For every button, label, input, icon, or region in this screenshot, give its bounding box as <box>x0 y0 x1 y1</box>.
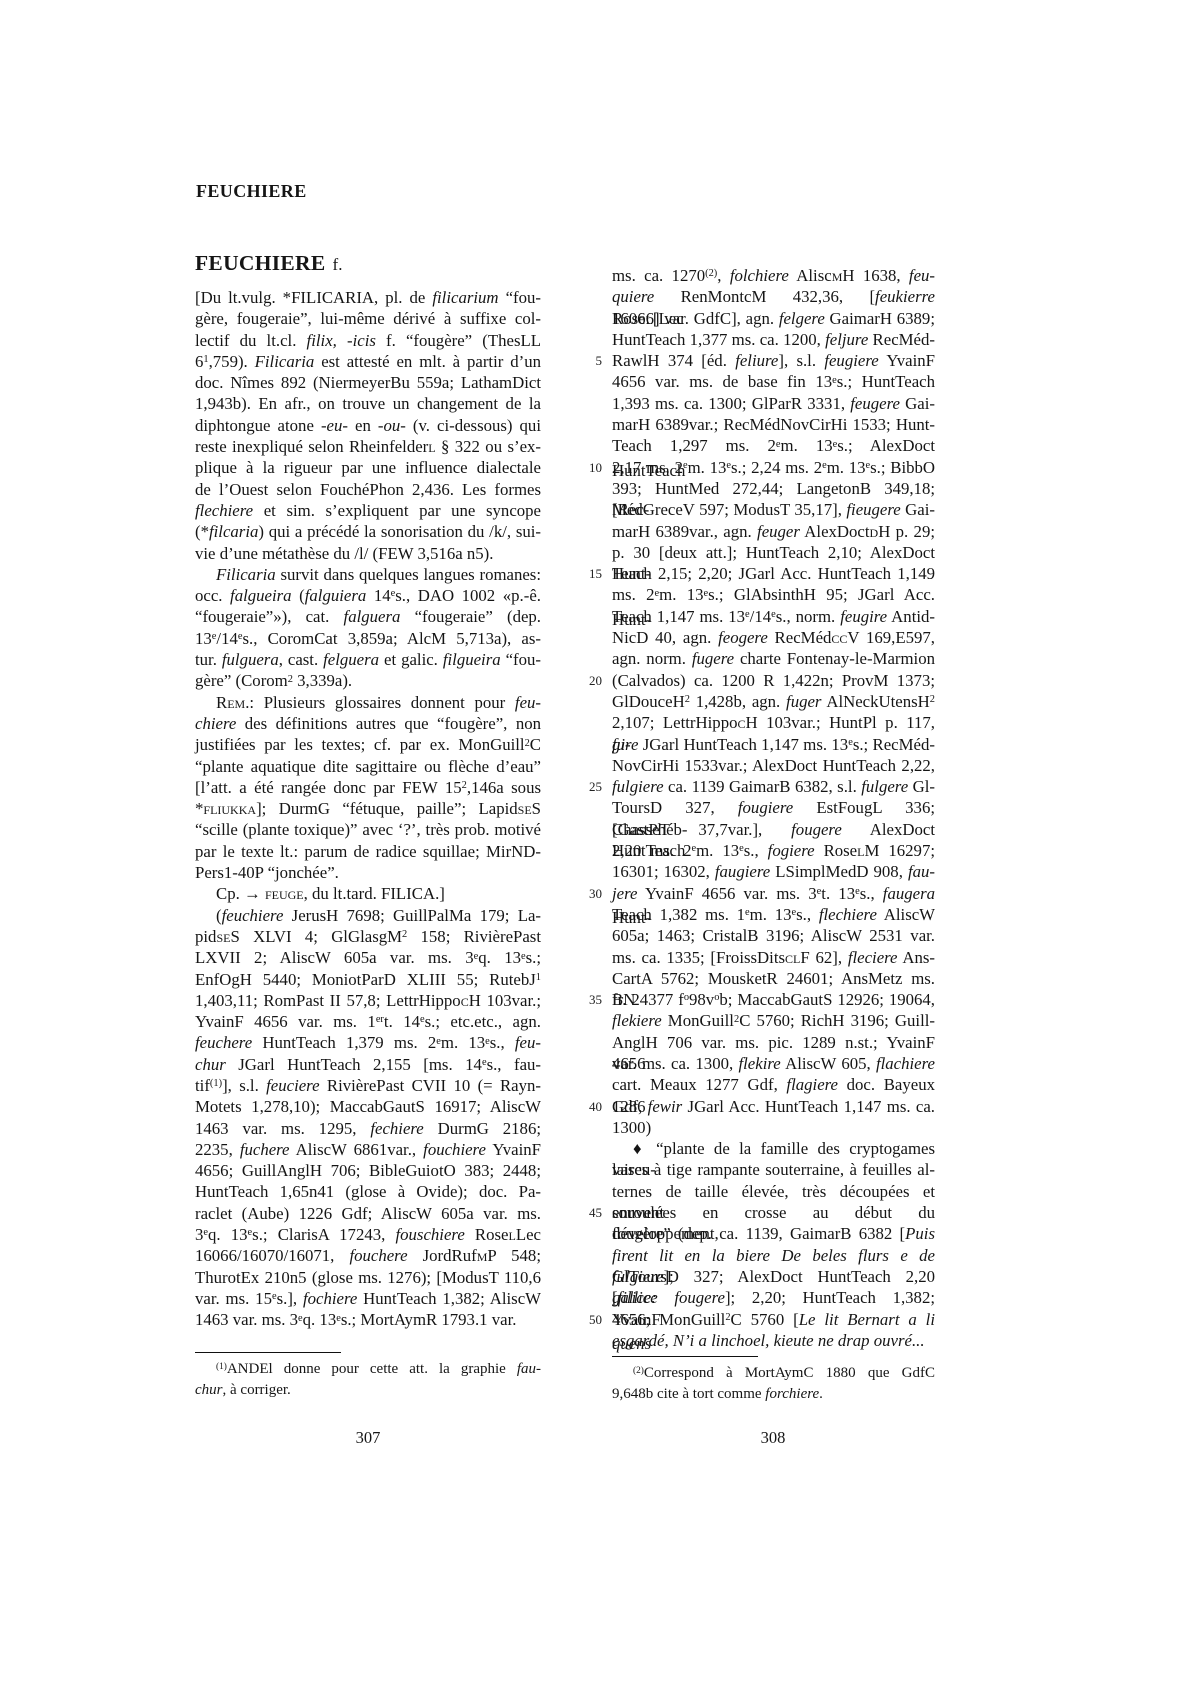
text-line: (2)Correspond à MortAymC 1880 que GdfC <box>612 1363 935 1384</box>
text-line: par le texte lt.: parum de radice squill… <box>195 841 541 862</box>
text-line: ToursD 327, fougiere EstFougL 336; [Gast… <box>612 797 935 818</box>
text-line: [l’att. a été rangée donc par FEW 152,14… <box>195 777 541 798</box>
line-number: 50 <box>576 1309 602 1330</box>
text-line: 13e/14es., CoromCat 3,859a; AlcM 5,713a)… <box>195 628 541 649</box>
text-line: EnfOgH 5440; MoniotParD XLIII 55; RutebJ… <box>195 969 541 990</box>
dictionary-page: FEUCHIERE FEUCHIEREf. [Du lt.vulg. *FILI… <box>0 0 1191 1684</box>
text-line: “plante aquatique dite sagittaire ou flè… <box>195 756 541 777</box>
text-line: (Calvados) ca. 1200 R 1,422n; ProvM 1373… <box>612 670 935 691</box>
text-line: Teach 1,382 ms. 1em. 13es., flechiere Al… <box>612 904 935 925</box>
text-line: reste inexpliqué selon Rheinfelderl § 32… <box>195 436 541 457</box>
text-line: HuntTeach 1,377 ms. ca. 1200, feljure Re… <box>612 329 935 350</box>
text-line: ThurotEx 210n5 (glose ms. 1276); [ModusT… <box>195 1267 541 1288</box>
text-line: Motets 1,278,10); MaccabGautS 16917; Ali… <box>195 1096 541 1117</box>
line-number: 25 <box>576 776 602 797</box>
line-number: 5 <box>576 350 602 371</box>
text-line: ms. ca. 1270(2), folchiere AliscmH 1638,… <box>612 265 935 286</box>
text-line: Gdf, fewir JGarl Acc. HuntTeach 1,147 ms… <box>612 1096 935 1117</box>
text-line: ms. ca. 1335; [FroissDitsclF 62], flecie… <box>612 947 935 968</box>
text-line: (1)ANDEl donne pour cette att. la graphi… <box>195 1359 541 1380</box>
text-line: occ. falgueira (falguiera 14es., DAO 100… <box>195 585 541 606</box>
text-line: 9,648b cite à tort comme forchiere. <box>612 1384 935 1405</box>
text-line: AnglH 706 var. ms. pic. 1289 n.st.; Yvai… <box>612 1032 935 1053</box>
text-line: var. ms. 15es.], fochiere HuntTeach 1,38… <box>195 1288 541 1309</box>
entry-heading: FEUCHIEREf. <box>195 250 541 287</box>
text-line: 2,107; LettrHippocH 103var.; HuntPl p. 1… <box>612 712 935 733</box>
text-line: NicD 40, agn. feogere RecMédccV 169,E597… <box>612 627 935 648</box>
text-line: ChasseT 37,7var.], fougere AlexDoct Hunt… <box>612 819 935 840</box>
text-line: 605a; 1463; CristalB 3196; AliscW 2531 v… <box>612 925 935 946</box>
text-line: (feuchiere JerusH 7698; GuillPalMa 179; … <box>195 905 541 926</box>
text-line: ♦ “plante de la famille des cryptogames … <box>612 1138 935 1159</box>
text-line: 1463 var. ms. 1295, fechiere DurmG 2186; <box>195 1118 541 1139</box>
line-number: 40 <box>576 1096 602 1117</box>
text-line: RawlH 374 [éd. feliure], s.l. feugiere Y… <box>612 350 935 371</box>
footnote-rule <box>612 1356 758 1357</box>
text-line: laires à tige rampante souterraine, à fe… <box>612 1159 935 1180</box>
text-line: “fougeraie”»), cat. falguera “fougeraie”… <box>195 606 541 627</box>
line-number: 45 <box>576 1202 602 1223</box>
text-line: Filicaria survit dans quelques langues r… <box>195 564 541 585</box>
entry-gender: f. <box>333 255 343 274</box>
text-line: HuntTeach 1,65n41 (glose à Ovide); doc. … <box>195 1181 541 1202</box>
text-line: (*filcaria) qui a précédé la sonorisatio… <box>195 521 541 542</box>
text-line: 3eq. 13es.; ClarisA 17243, fouschiere Ro… <box>195 1224 541 1245</box>
text-line: GlToursD 327; AlexDoct HuntTeach 2,20 [f… <box>612 1266 935 1287</box>
running-head: FEUCHIERE <box>196 181 307 202</box>
footnote-rule <box>195 1352 341 1353</box>
right-column-text: ms. ca. 1270(2), folchiere AliscmH 1638,… <box>612 265 935 1351</box>
text-line: 61,759). Filicaria est attesté en mlt. à… <box>195 351 541 372</box>
text-line: fougère” (dep. ca. 1139, GaimarB 6382 [P… <box>612 1223 935 1244</box>
line-number: 15 <box>576 563 602 584</box>
text-line: 1,943b). En afr., on trouve un changemen… <box>195 393 541 414</box>
text-line: 1300) <box>612 1117 935 1138</box>
text-line: lectif du lt.cl. filix, -icis f. “fougèr… <box>195 330 541 351</box>
text-line: “scille (plante toxique)” avec ‘?’, très… <box>195 819 541 840</box>
page-number-left: 307 <box>195 1428 541 1448</box>
text-line: 4656; GuillAnglH 706; BibleGuiotO 383; 2… <box>195 1160 541 1181</box>
text-line: 2235, fuchere AliscW 6861var., fouchiere… <box>195 1139 541 1160</box>
text-line: CartA 5762; MousketR 24601; AnsMetz ms. … <box>612 968 935 989</box>
text-line: cart. Meaux 1277 Gdf, flagiere doc. Baye… <box>612 1074 935 1095</box>
text-line: plique à la rigueur par une influence di… <box>195 457 541 478</box>
text-line: var. ms. ca. 1300, flekire AliscW 605, f… <box>612 1053 935 1074</box>
line-number: 35 <box>576 989 602 1010</box>
entry-headword: FEUCHIERE <box>195 251 326 275</box>
text-line: 16066/16070/16071, fouchere JordRufmP 54… <box>195 1245 541 1266</box>
text-line: justifiées par les textes; cf. par ex. M… <box>195 734 541 755</box>
text-line: flekiere MonGuill2C 5760; RichH 3196; Gu… <box>612 1010 935 1031</box>
text-line: 1,403,11; RomPast II 57,8; LettrHippocH … <box>195 990 541 1011</box>
text-line: Pers1-40P “jonchée”. <box>195 862 541 883</box>
text-line: MédGreceV 597; ModusT 35,17], fieugere G… <box>612 499 935 520</box>
text-line: de l’Ouest selon FouchéPhon 2,436. Les f… <box>195 479 541 500</box>
text-line: 393; HuntMed 272,44; LangetonB 349,18; [… <box>612 478 935 499</box>
line-number: 10 <box>576 457 602 478</box>
text-line: chur, à corriger. <box>195 1380 541 1401</box>
text-line: chur JGarl HuntTeach 2,155 [ms. 14es., f… <box>195 1054 541 1075</box>
text-line: marH 6389var.; RecMédNovCirHi 1533; Hunt… <box>612 414 935 435</box>
text-line: GlDouceH2 1,428b, agn. fuger AlNeckUtens… <box>612 691 935 712</box>
text-line: quiere RenMontcM 432,36, [feukierre Rose… <box>612 286 935 307</box>
footnote-left: (1)ANDEl donne pour cette att. la graphi… <box>195 1352 541 1401</box>
text-line: *fliukka]; DurmG “fétuque, paille”; Lapi… <box>195 798 541 819</box>
text-line: agn. norm. fugere charte Fontenay-le-Mar… <box>612 648 935 669</box>
text-line: jere YvainF 4656 var. ms. 3et. 13es., fa… <box>612 883 935 904</box>
text-line: enroulées en crosse au début du développ… <box>612 1202 935 1223</box>
text-line: 2,20 ms. 2em. 13es., fogiere RoselM 1629… <box>612 840 935 861</box>
text-line: raclet (Aube) 1226 Gdf; AliscW 605a var.… <box>195 1203 541 1224</box>
text-line: esgardé, N’i a linchoel, kieute ne drap … <box>612 1330 935 1351</box>
right-column: 5101520253035404550 ms. ca. 1270(2), fol… <box>612 265 935 1351</box>
text-line: 4656 var. ms. de base fin 13es.; HuntTea… <box>612 371 935 392</box>
page-number-right: 308 <box>600 1428 946 1448</box>
text-line: Rem.: Plusieurs glossaires donnent pour … <box>195 692 541 713</box>
text-line: 16066] var. GdfC], agn. felgere GaimarH … <box>612 308 935 329</box>
text-line: Teach 2,15; 2,20; JGarl Acc. HuntTeach 1… <box>612 563 935 584</box>
footnote-left-text: (1)ANDEl donne pour cette att. la graphi… <box>195 1359 541 1401</box>
text-line: gère, fougeraie”, lui-même dérivé à suff… <box>195 308 541 329</box>
text-line: tif(1)], s.l. feuciere RivièrePast CVII … <box>195 1075 541 1096</box>
text-line: 1,393 ms. ca. 1300; GlParR 3331, feugere… <box>612 393 935 414</box>
text-line: fr. 24377 fo98vob; MaccabGautS 12926; 19… <box>612 989 935 1010</box>
left-column: FEUCHIEREf. [Du lt.vulg. *FILICARIA, pl.… <box>195 250 541 1331</box>
text-line: NovCirHi 1533var.; AlexDoct HuntTeach 2,… <box>612 755 935 776</box>
text-line: ms. 2em. 13es.; GlAbsinthH 95; JGarl Acc… <box>612 584 935 605</box>
text-line: firent lit en la biere De beles flurs e … <box>612 1245 935 1266</box>
line-number: 20 <box>576 670 602 691</box>
text-line: ternes de taille élevée, très découpées … <box>612 1181 935 1202</box>
text-line: gire JGarl HuntTeach 1,147 ms. 13es.; Re… <box>612 734 935 755</box>
text-line: vie d’une métathèse du /l/ (FEW 3,516a n… <box>195 543 541 564</box>
text-line: gère” (Corom2 3,339a). <box>195 670 541 691</box>
text-line: marH 6389var., agn. feuger AlexDoctdH p.… <box>612 521 935 542</box>
text-line: feuchere HuntTeach 1,379 ms. 2em. 13es.,… <box>195 1032 541 1053</box>
text-line: doc. Nîmes 892 (NiermeyerBu 559a; Latham… <box>195 372 541 393</box>
text-line: LXVII 2; AliscW 605a var. ms. 3eq. 13es.… <box>195 947 541 968</box>
text-line: fulgiere ca. 1139 GaimarB 6382, s.l. ful… <box>612 776 935 797</box>
footnote-right: (2)Correspond à MortAymC 1880 que GdfC9,… <box>612 1356 935 1405</box>
text-line: flechiere et sim. s’expliquent par une s… <box>195 500 541 521</box>
text-line: tur. fulguera, cast. felguera et galic. … <box>195 649 541 670</box>
text-line: chiere des définitions autres que “fougè… <box>195 713 541 734</box>
text-line: pidseS XLVI 4; GlGlasgM2 158; RivièrePas… <box>195 926 541 947</box>
text-line: 1463 var. ms. 3eq. 13es.; MortAymR 1793.… <box>195 1309 541 1330</box>
footnote-right-text: (2)Correspond à MortAymC 1880 que GdfC9,… <box>612 1363 935 1405</box>
text-line: 2,17 ms. 2em. 13es.; 2,24 ms. 2em. 13es.… <box>612 457 935 478</box>
text-line: 4656; MonGuill2C 5760 [Le lit Bernart a … <box>612 1309 935 1330</box>
text-line: diphtongue atone -eu- en -ou- (v. ci-des… <box>195 415 541 436</box>
text-line: [Du lt.vulg. *FILICARIA, pl. de filicari… <box>195 287 541 308</box>
text-line: Teach 1,147 ms. 13e/14es., norm. feugire… <box>612 606 935 627</box>
text-line: Teach 1,297 ms. 2em. 13es.; AlexDoct Hun… <box>612 435 935 456</box>
left-column-text: [Du lt.vulg. *FILICARIA, pl. de filicari… <box>195 287 541 1331</box>
text-line: Cp. → feuge, du lt.tard. FILICA.] <box>195 883 541 904</box>
text-line: gallice fougere]; 2,20; HuntTeach 1,382;… <box>612 1287 935 1308</box>
line-number: 30 <box>576 883 602 904</box>
text-line: p. 30 [deux att.]; HuntTeach 2,10; AlexD… <box>612 542 935 563</box>
text-line: 16301; 16302, faugiere LSimplMedD 908, f… <box>612 861 935 882</box>
text-line: YvainF 4656 var. ms. 1ert. 14es.; etc.et… <box>195 1011 541 1032</box>
